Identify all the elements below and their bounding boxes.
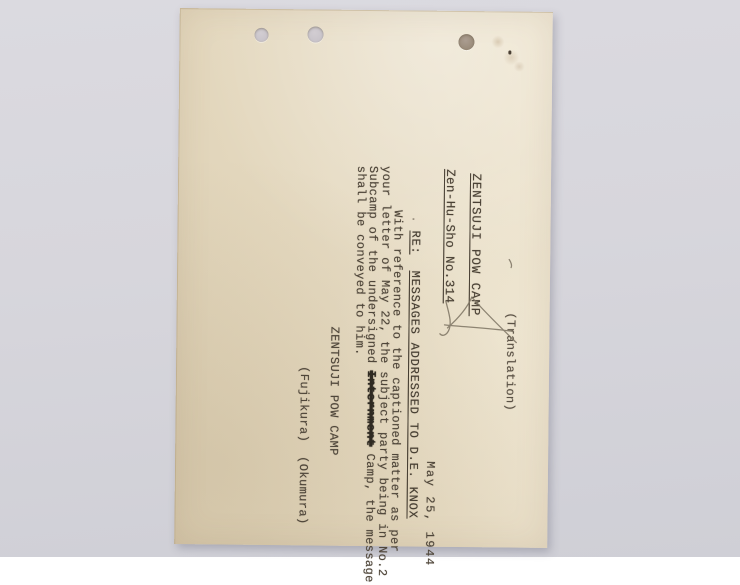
letterhead-reference-number: Zen-Hu-Sho No.314 — [430, 106, 470, 304]
body-line-3-post: Camp, the message — [362, 453, 377, 557]
letterhead-org-name-text: ZENTSUJI POW CAMP — [468, 173, 483, 316]
translation-annotation: (Translation) — [491, 251, 530, 411]
signature-org-text: ZENTSUJI POW CAMP — [327, 326, 342, 455]
letterhead-reference-number-text: Zen-Hu-Sho No.314 — [442, 169, 457, 303]
signatories-line: (Fujikura)(Okumura) — [284, 305, 324, 525]
translation-annotation-text: (Translation) — [503, 312, 518, 411]
body-line-4-text: shall be conveyed to him. — [352, 166, 368, 356]
signatory-fujikura: (Fujikura) — [297, 366, 312, 442]
signatory-okumura: (Okumura) — [296, 456, 311, 525]
document-paper: (Translation) ZENTSUJI POW CAMP Zen-Hu-S… — [174, 8, 553, 548]
struck-word: Internment — [364, 370, 379, 446]
photo-backdrop: (Translation) ZENTSUJI POW CAMP Zen-Hu-S… — [0, 0, 740, 557]
letter-content: (Translation) ZENTSUJI POW CAMP Zen-Hu-S… — [174, 8, 553, 548]
